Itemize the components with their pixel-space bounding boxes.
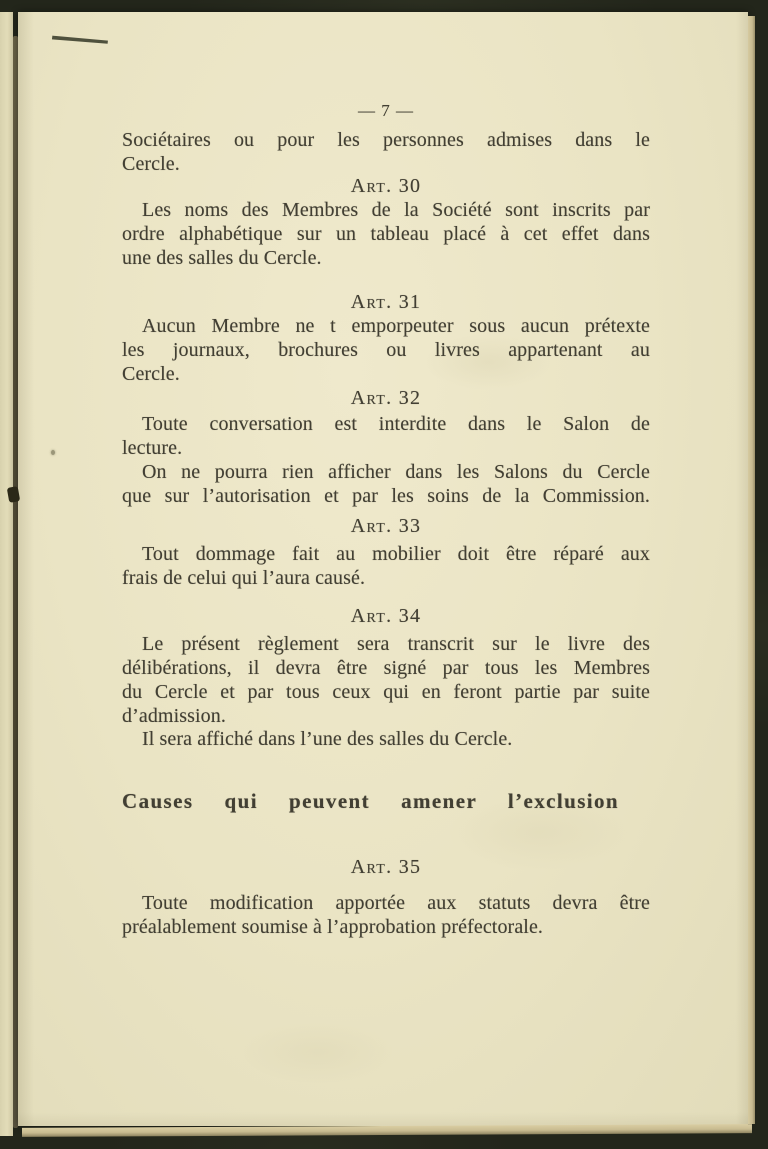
article-heading-31: Art. 31 [122, 291, 650, 314]
previous-page-edge [0, 12, 13, 1136]
article-heading-33: Art. 33 [122, 515, 650, 538]
page-edge-right [748, 16, 755, 1124]
article-heading-35: Art. 35 [122, 856, 650, 879]
section-heading-exclusion: Causes qui peuvent amener l’exclusion [122, 789, 619, 814]
text-line: que sur l’autorisation et par les soins … [122, 484, 650, 508]
text-line: frais de celui qui l’aura causé. [122, 566, 650, 590]
continuation-line: Sociétaires ou pour les personnes admise… [122, 128, 650, 152]
paper-speck [51, 450, 55, 455]
text-line: une des salles du Cercle. [122, 246, 650, 270]
book-page: — 7 — Sociétaires ou pour les personnes … [18, 12, 748, 1126]
text-line: Les noms des Membres de la Société sont … [122, 198, 650, 222]
continuation-line: Cercle. [122, 152, 650, 176]
text-line: ordre alphabétique sur un tableau placé … [122, 222, 650, 246]
binding-thread-mark [7, 486, 20, 503]
text-line: délibérations, il devra être signé par t… [122, 656, 650, 680]
article-heading-34: Art. 34 [122, 605, 650, 628]
text-line: Aucun Membre ne t emporpeuter sous aucun… [122, 314, 650, 338]
text-line: On ne pourra rien afficher dans les Salo… [122, 460, 650, 484]
text-line: Tout dommage fait au mobilier doit être … [122, 542, 650, 566]
text-line: lecture. [122, 436, 650, 460]
text-line: Toute modification apportée aux statuts … [122, 891, 650, 915]
article-heading-30: Art. 30 [122, 175, 650, 198]
page-number: — 7 — [122, 101, 650, 121]
text-line: Toute conversation est interdite dans le… [122, 412, 650, 436]
text-line: préalablement soumise à l’approbation pr… [122, 915, 650, 939]
text-line: d’admission. [122, 704, 650, 728]
text-line: Il sera affiché dans l’une des salles du… [122, 727, 650, 751]
text-line: Cercle. [122, 362, 650, 386]
text-line: les journaux, brochures ou livres appart… [122, 338, 650, 362]
text-line: Le présent règlement sera transcrit sur … [122, 632, 650, 656]
scanned-book-photo: — 7 — Sociétaires ou pour les personnes … [0, 0, 768, 1149]
article-heading-32: Art. 32 [122, 387, 650, 410]
text-line: du Cercle et par tous ceux qui en feront… [122, 680, 650, 704]
